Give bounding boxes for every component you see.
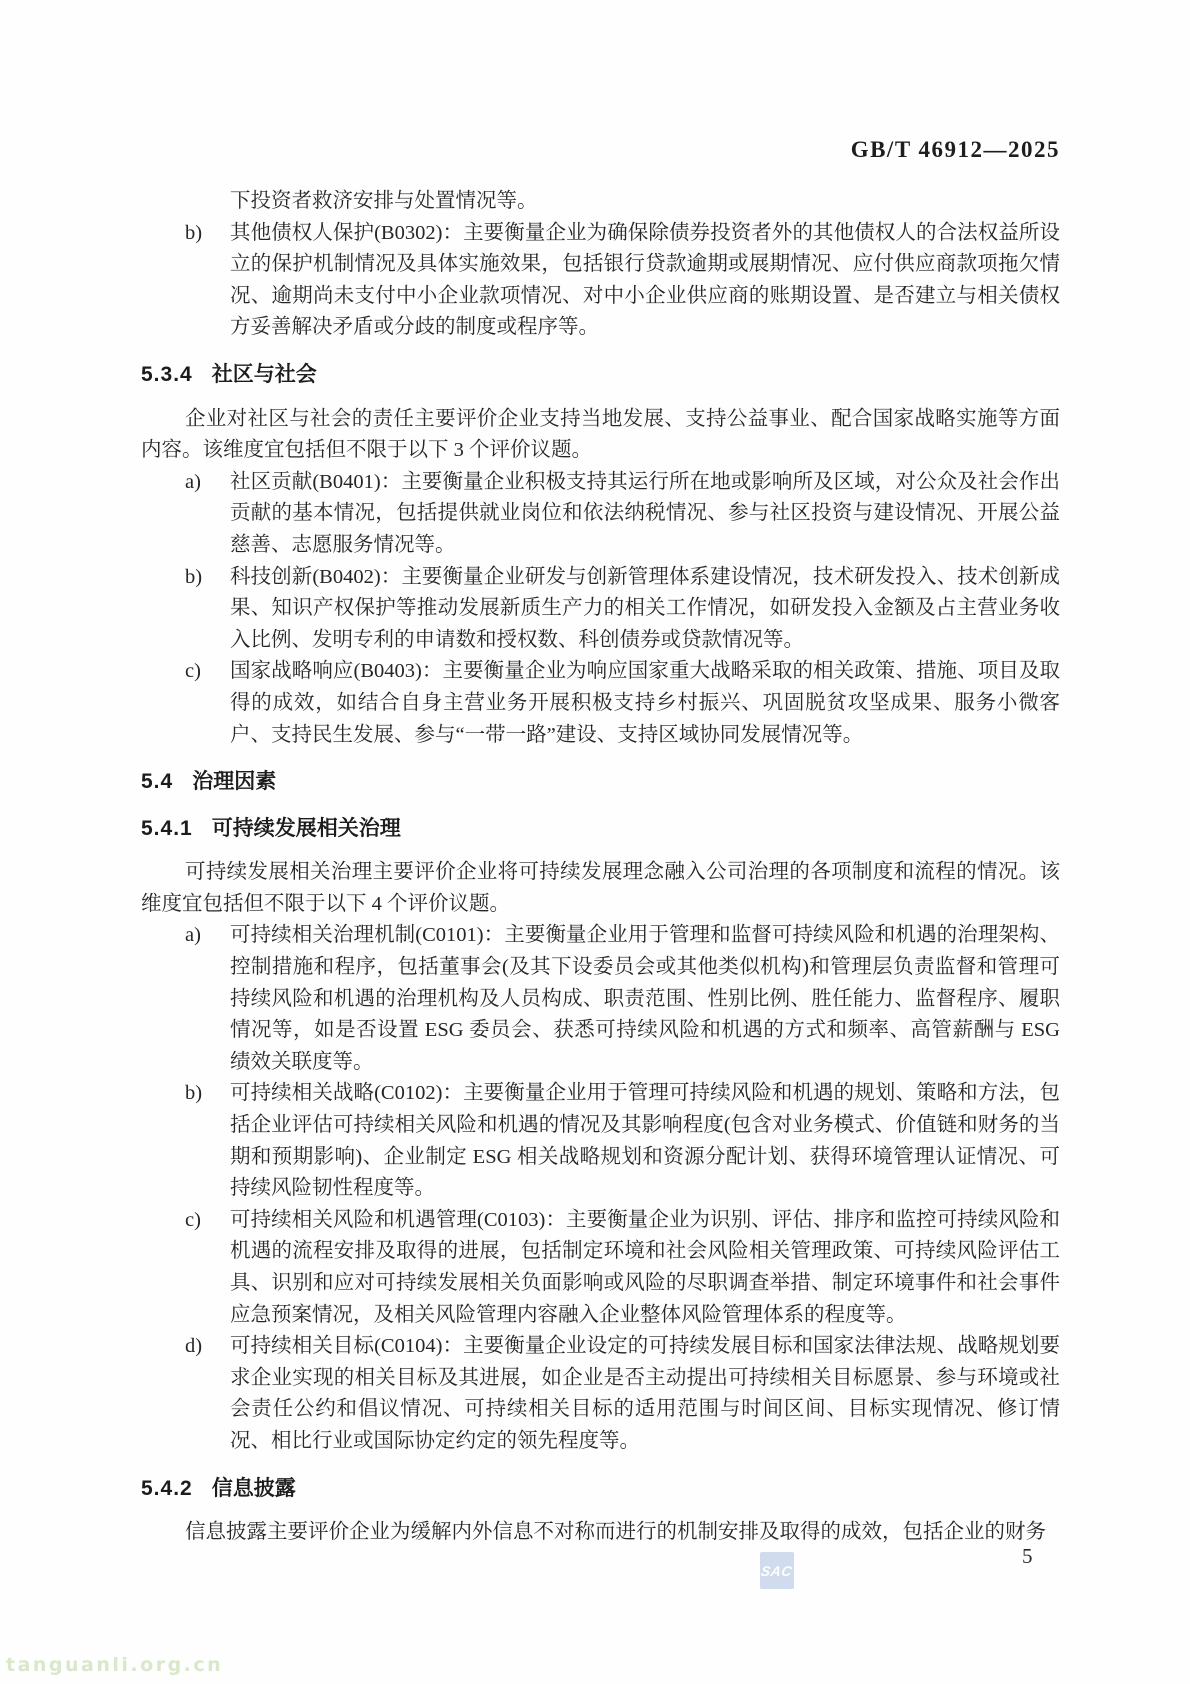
list-item: c)国家战略响应(B0403)：主要衡量企业为响应国家重大战略采取的相关政策、措… <box>141 656 1060 751</box>
section-title: 治理因素 <box>192 770 276 793</box>
section-heading: 5.4.1可持续发展相关治理 <box>141 813 1060 845</box>
list-item-label: c) <box>185 1205 201 1237</box>
paragraph: 企业对社区与社会的责任主要评价企业支持当地发展、支持公益事业、配合国家战略实施等… <box>141 404 1060 467</box>
list-item-text: 其他债权人保护(B0302)：主要衡量企业为确保除债券投资者外的其他债权人的合法… <box>230 222 1060 339</box>
document-content: 下投资者救济安排与处置情况等。b)其他债权人保护(B0302)：主要衡量企业为确… <box>141 186 1060 1549</box>
paragraph: 信息披露主要评价企业为缓解内外信息不对称而进行的机制安排及取得的成效，包括企业的… <box>141 1517 1060 1549</box>
section-title: 信息披露 <box>212 1477 296 1500</box>
list-item: b)其他债权人保护(B0302)：主要衡量企业为确保除债券投资者外的其他债权人的… <box>141 218 1060 344</box>
list-item-text: 国家战略响应(B0403)：主要衡量企业为响应国家重大战略采取的相关政策、措施、… <box>230 660 1060 745</box>
list-item-label: c) <box>185 656 201 688</box>
sac-logo-text: SAC <box>760 1563 794 1579</box>
list-item: a)可持续相关治理机制(C0101)：主要衡量企业用于管理和监督可持续风险和机遇… <box>141 920 1060 1078</box>
list-item: c)可持续相关风险和机遇管理(C0103)：主要衡量企业为识别、评估、排序和监控… <box>141 1205 1060 1331</box>
section-number: 5.3.4 <box>141 363 193 386</box>
section-title: 社区与社会 <box>212 363 317 386</box>
list-item-text: 可持续相关风险和机遇管理(C0103)：主要衡量企业为识别、评估、排序和监控可持… <box>230 1209 1060 1326</box>
section-heading: 5.4.2信息披露 <box>141 1473 1060 1505</box>
paragraph: 可持续发展相关治理主要评价企业将可持续发展理念融入公司治理的各项制度和流程的情况… <box>141 857 1060 920</box>
section-heading: 5.4治理因素 <box>141 766 1060 798</box>
section-number: 5.4 <box>141 770 173 793</box>
list-item-text: 可持续相关战略(C0102)：主要衡量企业用于管理可持续风险和机遇的规划、策略和… <box>230 1082 1060 1199</box>
list-item: b)科技创新(B0402)：主要衡量企业研发与创新管理体系建设情况，技术研发投入… <box>141 562 1060 657</box>
list-item-text: 可持续相关治理机制(C0101)：主要衡量企业用于管理和监督可持续风险和机遇的治… <box>230 924 1060 1072</box>
list-item-label: d) <box>185 1331 202 1363</box>
document-code: GB/T 46912—2025 <box>851 137 1060 163</box>
list-item-label: b) <box>185 1078 202 1110</box>
section-number: 5.4.1 <box>141 817 193 840</box>
list-item-label: a) <box>185 467 201 499</box>
watermark-text: tanguanli.org.cn <box>6 1654 223 1676</box>
list-item-text: 可持续相关目标(C0104)：主要衡量企业设定的可持续发展目标和国家法律法规、战… <box>230 1335 1060 1452</box>
continuation-line: 下投资者救济安排与处置情况等。 <box>141 186 1060 218</box>
list-item: b)可持续相关战略(C0102)：主要衡量企业用于管理可持续风险和机遇的规划、策… <box>141 1078 1060 1204</box>
list-item: a)社区贡献(B0401)：主要衡量企业积极支持其运行所在地或影响所及区域，对公… <box>141 467 1060 562</box>
page-number: 5 <box>1022 1544 1033 1569</box>
section-title: 可持续发展相关治理 <box>212 817 401 840</box>
document-page: { "header": { "doc_code": "GB/T 46912—20… <box>0 0 1190 1684</box>
list-item-text: 科技创新(B0402)：主要衡量企业研发与创新管理体系建设情况，技术研发投入、技… <box>230 566 1060 651</box>
list-item-label: b) <box>185 562 202 594</box>
section-number: 5.4.2 <box>141 1477 193 1500</box>
section-heading: 5.3.4社区与社会 <box>141 359 1060 391</box>
list-item: d)可持续相关目标(C0104)：主要衡量企业设定的可持续发展目标和国家法律法规… <box>141 1331 1060 1457</box>
sac-logo: SAC <box>760 1552 794 1589</box>
list-item-text: 社区贡献(B0401)：主要衡量企业积极支持其运行所在地或影响所及区域，对公众及… <box>230 471 1060 556</box>
list-item-label: a) <box>185 920 201 952</box>
list-item-label: b) <box>185 218 202 250</box>
